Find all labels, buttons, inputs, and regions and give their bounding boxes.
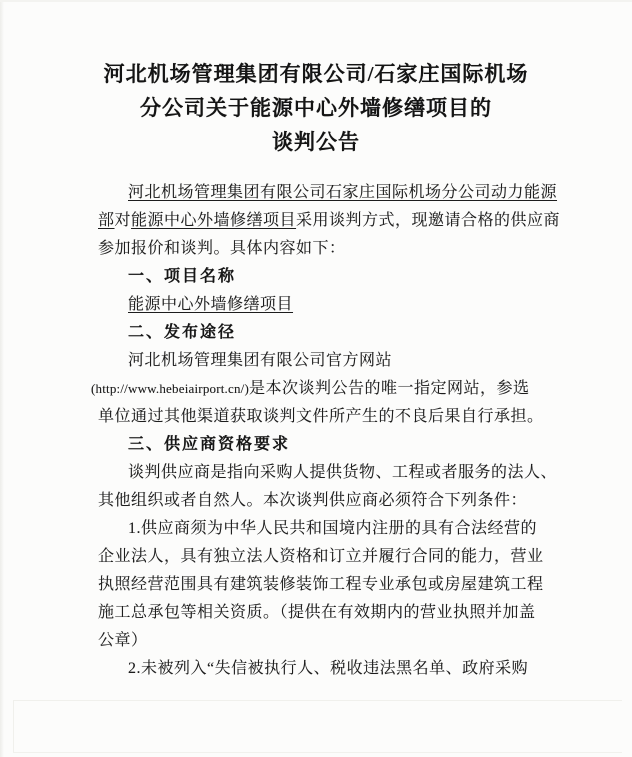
document-line: 公章）: [98, 627, 546, 655]
text-segment: 企业法人，具有独立法人资格和订立并履行合同的能力，营业: [98, 548, 544, 565]
text-segment: 单位通过其他渠道获取谈判文件所产生的不良后果自行承担。: [98, 408, 544, 425]
text-segment: 2.未被列入“失信被执行人、税收违法黑名单、政府采购: [128, 660, 528, 677]
document-line: 企业法人，具有独立法人资格和订立并履行合同的能力，营业: [98, 543, 546, 571]
document-line: 部对能源中心外墙修缮项目采用谈判方式，现邀请合格的供应商: [98, 207, 546, 235]
text-segment: 河北机场管理集团有限公司官方网站: [128, 352, 392, 369]
text-segment: 其他组织或者自然人。本次谈判供应商必须符合下列条件：: [98, 492, 527, 509]
underlined-text: 部: [98, 212, 115, 229]
text-segment: 公章）: [98, 632, 148, 649]
text-segment: 对: [115, 212, 132, 229]
section-heading-project-name: 一、项目名称: [98, 263, 546, 291]
text-segment: 谈判供应商是指向采购人提供货物、工程或者服务的法人、: [128, 464, 557, 481]
document-line: 执照经营范围具有建筑装修装饰工程专业承包或房屋建筑工程: [98, 571, 546, 599]
underlined-text: 河北机场管理集团有限公司石家庄国际机场分公司动力能源: [128, 184, 557, 201]
official-website-name: 河北机场管理集团有限公司官方网站: [98, 347, 546, 375]
condition-2: 2.未被列入“失信被执行人、税收违法黑名单、政府采购: [98, 655, 546, 683]
text-segment: 施工总承包等相关资质。（提供在有效期内的营业执照并加盖: [98, 604, 536, 621]
document-line: 单位通过其他渠道获取谈判文件所产生的不良后果自行承担。: [98, 403, 546, 431]
scan-artifact-top-edge: [0, 0, 632, 2]
scan-artifact-foot-line: [13, 752, 622, 753]
text-segment: 三、供应商资格要求: [128, 436, 290, 453]
text-segment: 执照经营范围具有建筑装修装饰工程专业承包或房屋建筑工程: [98, 576, 544, 593]
text-segment: 二、发布途径: [128, 324, 236, 341]
document-title-line-3: 谈判公告: [0, 125, 632, 159]
section-heading-supplier-qualification: 三、供应商资格要求: [98, 431, 546, 459]
text-segment: 采用谈判方式，现邀请合格的供应商: [296, 212, 560, 229]
document-line: 谈判供应商是指向采购人提供货物、工程或者服务的法人、: [98, 459, 546, 487]
underlined-text: 能源中心外墙修缮项目: [131, 212, 296, 229]
text-segment: 是本次谈判公告的唯一指定网站，参选: [249, 380, 530, 397]
scan-artifact-bottom-corner: [13, 700, 14, 753]
document-line: 参加报价和谈判。具体内容如下：: [98, 235, 546, 263]
document-title: 河北机场管理集团有限公司/石家庄国际机场 分公司关于能源中心外墙修缮项目的 谈判…: [0, 57, 632, 159]
text-segment: 参加报价和谈判。具体内容如下：: [98, 240, 346, 257]
document-title-line-1: 河北机场管理集团有限公司/石家庄国际机场: [0, 57, 632, 91]
document-line: 施工总承包等相关资质。（提供在有效期内的营业执照并加盖: [98, 599, 546, 627]
document-title-line-2: 分公司关于能源中心外墙修缮项目的: [0, 91, 632, 125]
project-name: 能源中心外墙修缮项目: [98, 291, 546, 319]
document-line: 河北机场管理集团有限公司石家庄国际机场分公司动力能源: [98, 179, 546, 207]
underlined-text: 能源中心外墙修缮项目: [128, 296, 293, 313]
section-heading-publish-channel: 二、发布途径: [98, 319, 546, 347]
document-line: (http://www.hebeiairport.cn/)是本次谈判公告的唯一指…: [91, 375, 546, 403]
document-body: 河北机场管理集团有限公司石家庄国际机场分公司动力能源部对能源中心外墙修缮项目采用…: [98, 179, 546, 683]
document-page: 河北机场管理集团有限公司/石家庄国际机场 分公司关于能源中心外墙修缮项目的 谈判…: [0, 0, 632, 757]
website-url: (http://www.hebeiairport.cn/): [91, 381, 249, 396]
document-line: 其他组织或者自然人。本次谈判供应商必须符合下列条件：: [98, 487, 546, 515]
text-segment: 一、项目名称: [128, 268, 236, 285]
text-segment: 1.供应商须为中华人民共和国境内注册的具有合法经营的: [128, 520, 537, 537]
condition-1: 1.供应商须为中华人民共和国境内注册的具有合法经营的: [98, 515, 546, 543]
scan-artifact-bottom-line: [13, 700, 622, 701]
